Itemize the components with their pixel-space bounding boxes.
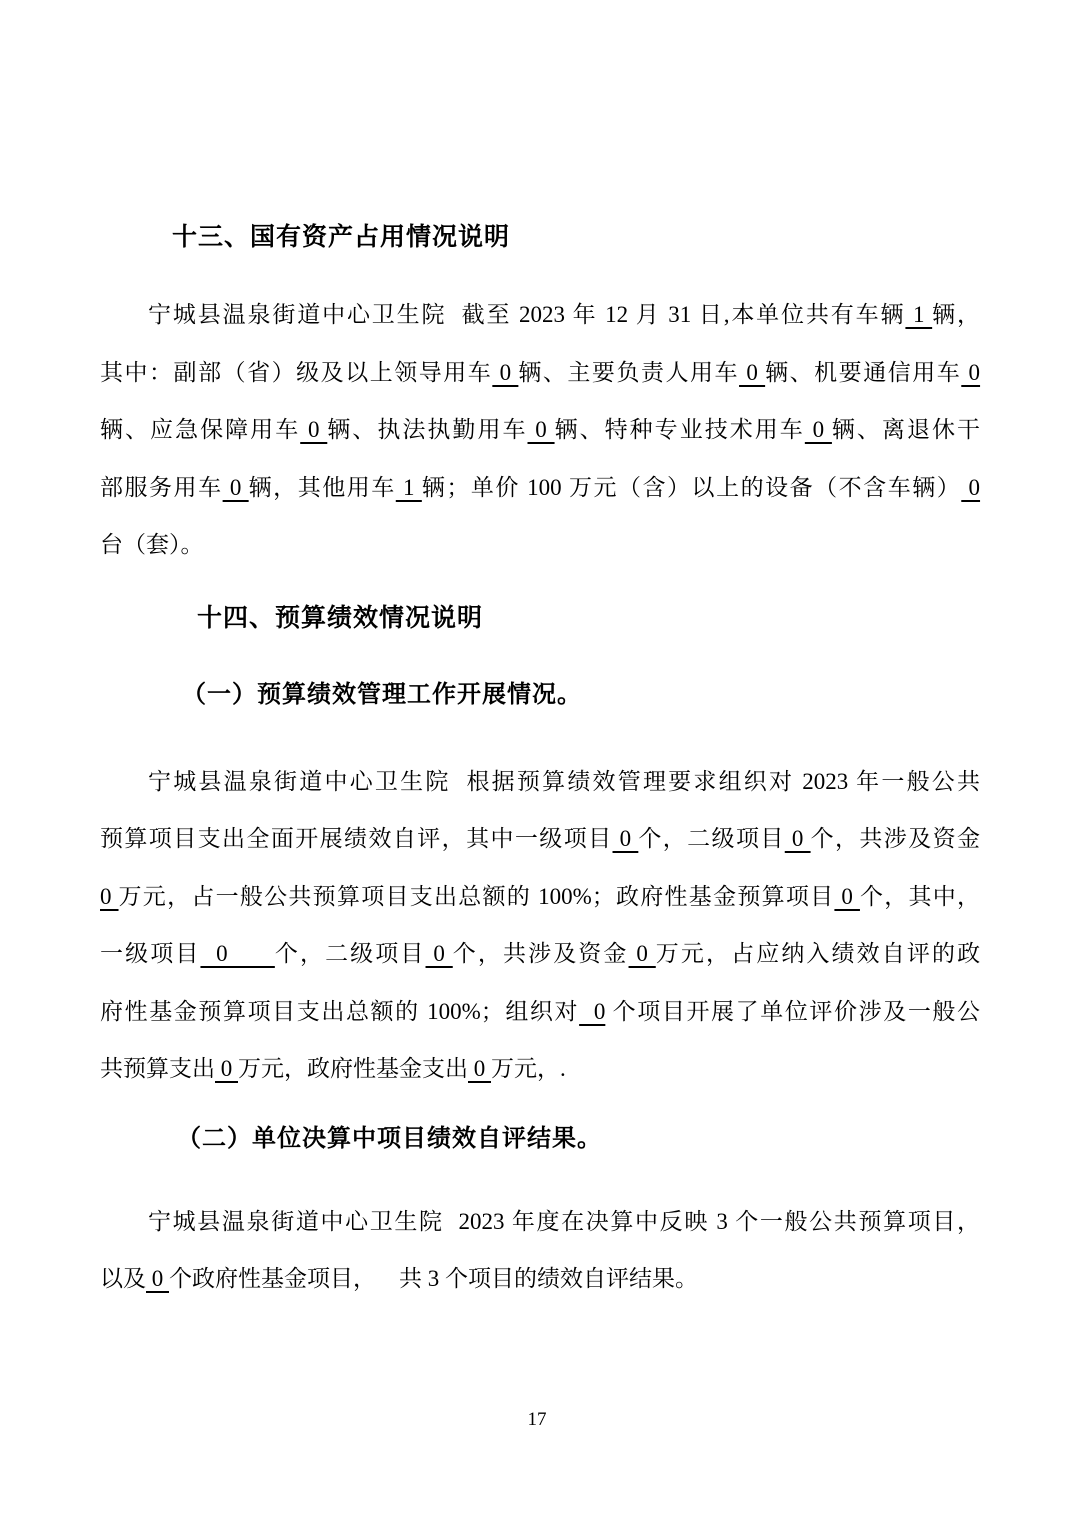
- text-line: 府性基金预算项目支出总额的 100%；组织对 0 个项目开展了单位评价涉及一般公: [100, 983, 980, 1041]
- text-segment: 其中：副部（省）级及以上领导用车: [100, 360, 492, 385]
- underlined-value: 0: [785, 826, 811, 851]
- text-segment: 个政府性基金项目， 共 3 个项目的绩效自评结果。: [169, 1266, 698, 1291]
- underlined-value: 0: [200, 941, 274, 966]
- text-segment: 辆、离退休干: [832, 417, 980, 442]
- underlined-value: 0: [805, 417, 832, 442]
- underlined-value: 0: [146, 1266, 169, 1291]
- subsection-heading-self-evaluation: （二）单位决算中项目绩效自评结果。: [100, 1122, 980, 1156]
- text-line: 辆、应急保障用车 0 辆、执法执勤用车 0 辆、特种专业技术用车 0 辆、离退休…: [100, 401, 980, 459]
- text-segment: 宁城县温泉街道中心卫生院 2023 年度在决算中反映 3 个一般公共预算项目，: [148, 1209, 980, 1234]
- underlined-value: 1: [396, 475, 422, 500]
- underlined-value: 0: [961, 360, 980, 385]
- text-line: 其中：副部（省）级及以上领导用车 0 辆、主要负责人用车 0 辆、机要通信用车 …: [100, 344, 980, 402]
- text-segment: 万元，占一般公共预算项目支出总额的 100%；政府性基金预算项目: [119, 884, 835, 909]
- text-segment: 辆；单价 100 万元（含）以上的设备（不含车辆）: [422, 475, 961, 500]
- text-segment: 辆、主要负责人用车: [518, 360, 739, 385]
- text-line: 宁城县温泉街道中心卫生院 截至 2023 年 12 月 31 日,本单位共有车辆…: [100, 286, 980, 344]
- text-segment: 万元，占应纳入绩效自评的政: [656, 941, 980, 966]
- underlined-value: 0: [834, 884, 860, 909]
- text-segment: 个项目开展了单位评价涉及一般公: [605, 999, 980, 1024]
- subsection-heading-performance-management: （一）预算绩效管理工作开展情况。: [100, 678, 980, 712]
- underlined-value: 0: [215, 1056, 238, 1081]
- text-segment: 共预算支出: [100, 1056, 215, 1081]
- document-content: 十三、国有资产占用情况说明 宁城县温泉街道中心卫生院 截至 2023 年 12 …: [100, 0, 980, 1308]
- text-segment: 一级项目: [100, 941, 200, 966]
- paragraph-asset-usage: 宁城县温泉街道中心卫生院 截至 2023 年 12 月 31 日,本单位共有车辆…: [100, 286, 980, 574]
- text-line: 宁城县温泉街道中心卫生院 2023 年度在决算中反映 3 个一般公共预算项目，: [100, 1193, 980, 1251]
- underlined-value: 0: [300, 417, 327, 442]
- text-segment: 辆、特种专业技术用车: [555, 417, 805, 442]
- underlined-value: 0: [629, 941, 656, 966]
- text-segment: 以及: [100, 1266, 146, 1291]
- text-segment: 部服务用车: [100, 475, 223, 500]
- page-number: 17: [0, 1408, 1074, 1432]
- text-segment: 宁城县温泉街道中心卫生院 截至 2023 年 12 月 31 日,本单位共有车辆: [148, 302, 905, 327]
- text-segment: 辆、应急保障用车: [100, 417, 300, 442]
- text-segment: 个，共涉及资金: [453, 941, 629, 966]
- text-segment: 辆、机要通信用车: [765, 360, 961, 385]
- text-line: 台（套）。: [100, 516, 980, 574]
- text-line: 共预算支出 0 万元，政府性基金支出 0 万元，.: [100, 1040, 980, 1098]
- text-line: 一级项目 0 个，二级项目 0 个，共涉及资金 0 万元，占应纳入绩效自评的政: [100, 925, 980, 983]
- text-line: 以及 0 个政府性基金项目， 共 3 个项目的绩效自评结果。: [100, 1250, 980, 1308]
- text-segment: 预算项目支出全面开展绩效自评，其中一级项目: [100, 826, 613, 851]
- text-segment: 万元，.: [491, 1056, 566, 1081]
- text-segment: 个，二级项目: [275, 941, 426, 966]
- section-heading-state-assets: 十三、国有资产占用情况说明: [100, 221, 980, 255]
- text-line: 预算项目支出全面开展绩效自评，其中一级项目 0 个，二级项目 0 个，共涉及资金: [100, 810, 980, 868]
- underlined-value: 0: [739, 360, 765, 385]
- underlined-value: 0: [426, 941, 453, 966]
- underlined-value: 0: [100, 884, 119, 909]
- underlined-value: 0: [223, 475, 249, 500]
- text-line: 部服务用车 0 辆，其他用车 1 辆；单价 100 万元（含）以上的设备（不含车…: [100, 459, 980, 517]
- text-segment: 宁城县温泉街道中心卫生院 根据预算绩效管理要求组织对 2023 年一般公共: [148, 769, 980, 794]
- text-segment: 辆，其他用车: [249, 475, 396, 500]
- paragraph-self-evaluation-result: 宁城县温泉街道中心卫生院 2023 年度在决算中反映 3 个一般公共预算项目，以…: [100, 1193, 980, 1308]
- document-page: 十三、国有资产占用情况说明 宁城县温泉街道中心卫生院 截至 2023 年 12 …: [0, 0, 1074, 1520]
- underlined-value: 0: [579, 999, 605, 1024]
- section-heading-budget-performance: 十四、预算绩效情况说明: [100, 602, 980, 636]
- underlined-value: 0: [961, 475, 980, 500]
- text-segment: 个，共涉及资金: [811, 826, 980, 851]
- text-line: 宁城县温泉街道中心卫生院 根据预算绩效管理要求组织对 2023 年一般公共: [100, 753, 980, 811]
- underlined-value: 0: [492, 360, 518, 385]
- underlined-value: 0: [528, 417, 555, 442]
- underlined-value: 0: [613, 826, 639, 851]
- text-segment: 个，二级项目: [638, 826, 784, 851]
- text-segment: 辆、执法执勤用车: [327, 417, 527, 442]
- text-segment: 个，其中，: [860, 884, 980, 909]
- text-segment: 万元，政府性基金支出: [238, 1056, 468, 1081]
- text-segment: 台（套）。: [100, 532, 204, 557]
- text-segment: 辆，: [932, 302, 980, 327]
- paragraph-performance-management: 宁城县温泉街道中心卫生院 根据预算绩效管理要求组织对 2023 年一般公共预算项…: [100, 753, 980, 1098]
- text-line: 0 万元，占一般公共预算项目支出总额的 100%；政府性基金预算项目 0 个，其…: [100, 868, 980, 926]
- text-segment: 府性基金预算项目支出总额的 100%；组织对: [100, 999, 579, 1024]
- underlined-value: 0: [468, 1056, 491, 1081]
- underlined-value: 1: [905, 302, 932, 327]
